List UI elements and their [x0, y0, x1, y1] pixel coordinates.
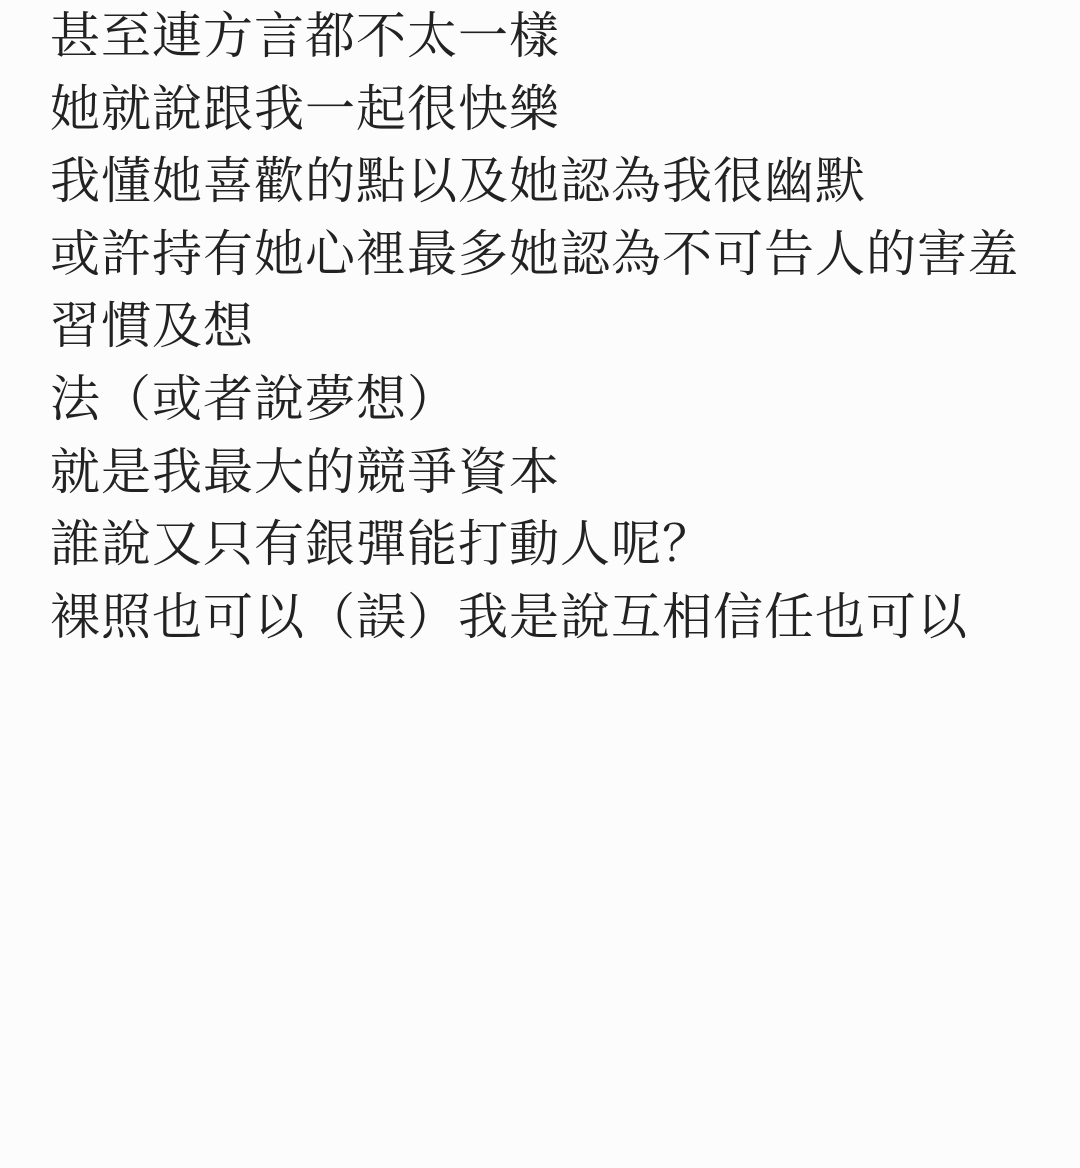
text-line-4: 或許持有她心裡最多她認為不可告人的害羞: [50, 218, 1060, 291]
text-line-9: 裸照也可以（誤）我是說互相信任也可以: [50, 581, 1060, 654]
text-line-8: 誰說又只有銀彈能打動人呢？: [50, 508, 1060, 581]
text-line-5: 習慣及想: [50, 290, 1060, 363]
text-line-2: 她就說跟我一起很快樂: [50, 73, 1060, 146]
text-line-3: 我懂她喜歡的點以及她認為我很幽默: [50, 145, 1060, 218]
note-text-body: 甚至連方言都不太一樣 她就說跟我一起很快樂 我懂她喜歡的點以及她認為我很幽默 或…: [50, 0, 1060, 653]
text-line-7: 就是我最大的競爭資本: [50, 436, 1060, 509]
text-line-1: 甚至連方言都不太一樣: [50, 0, 1060, 73]
text-line-6: 法（或者說夢想）: [50, 363, 1060, 436]
